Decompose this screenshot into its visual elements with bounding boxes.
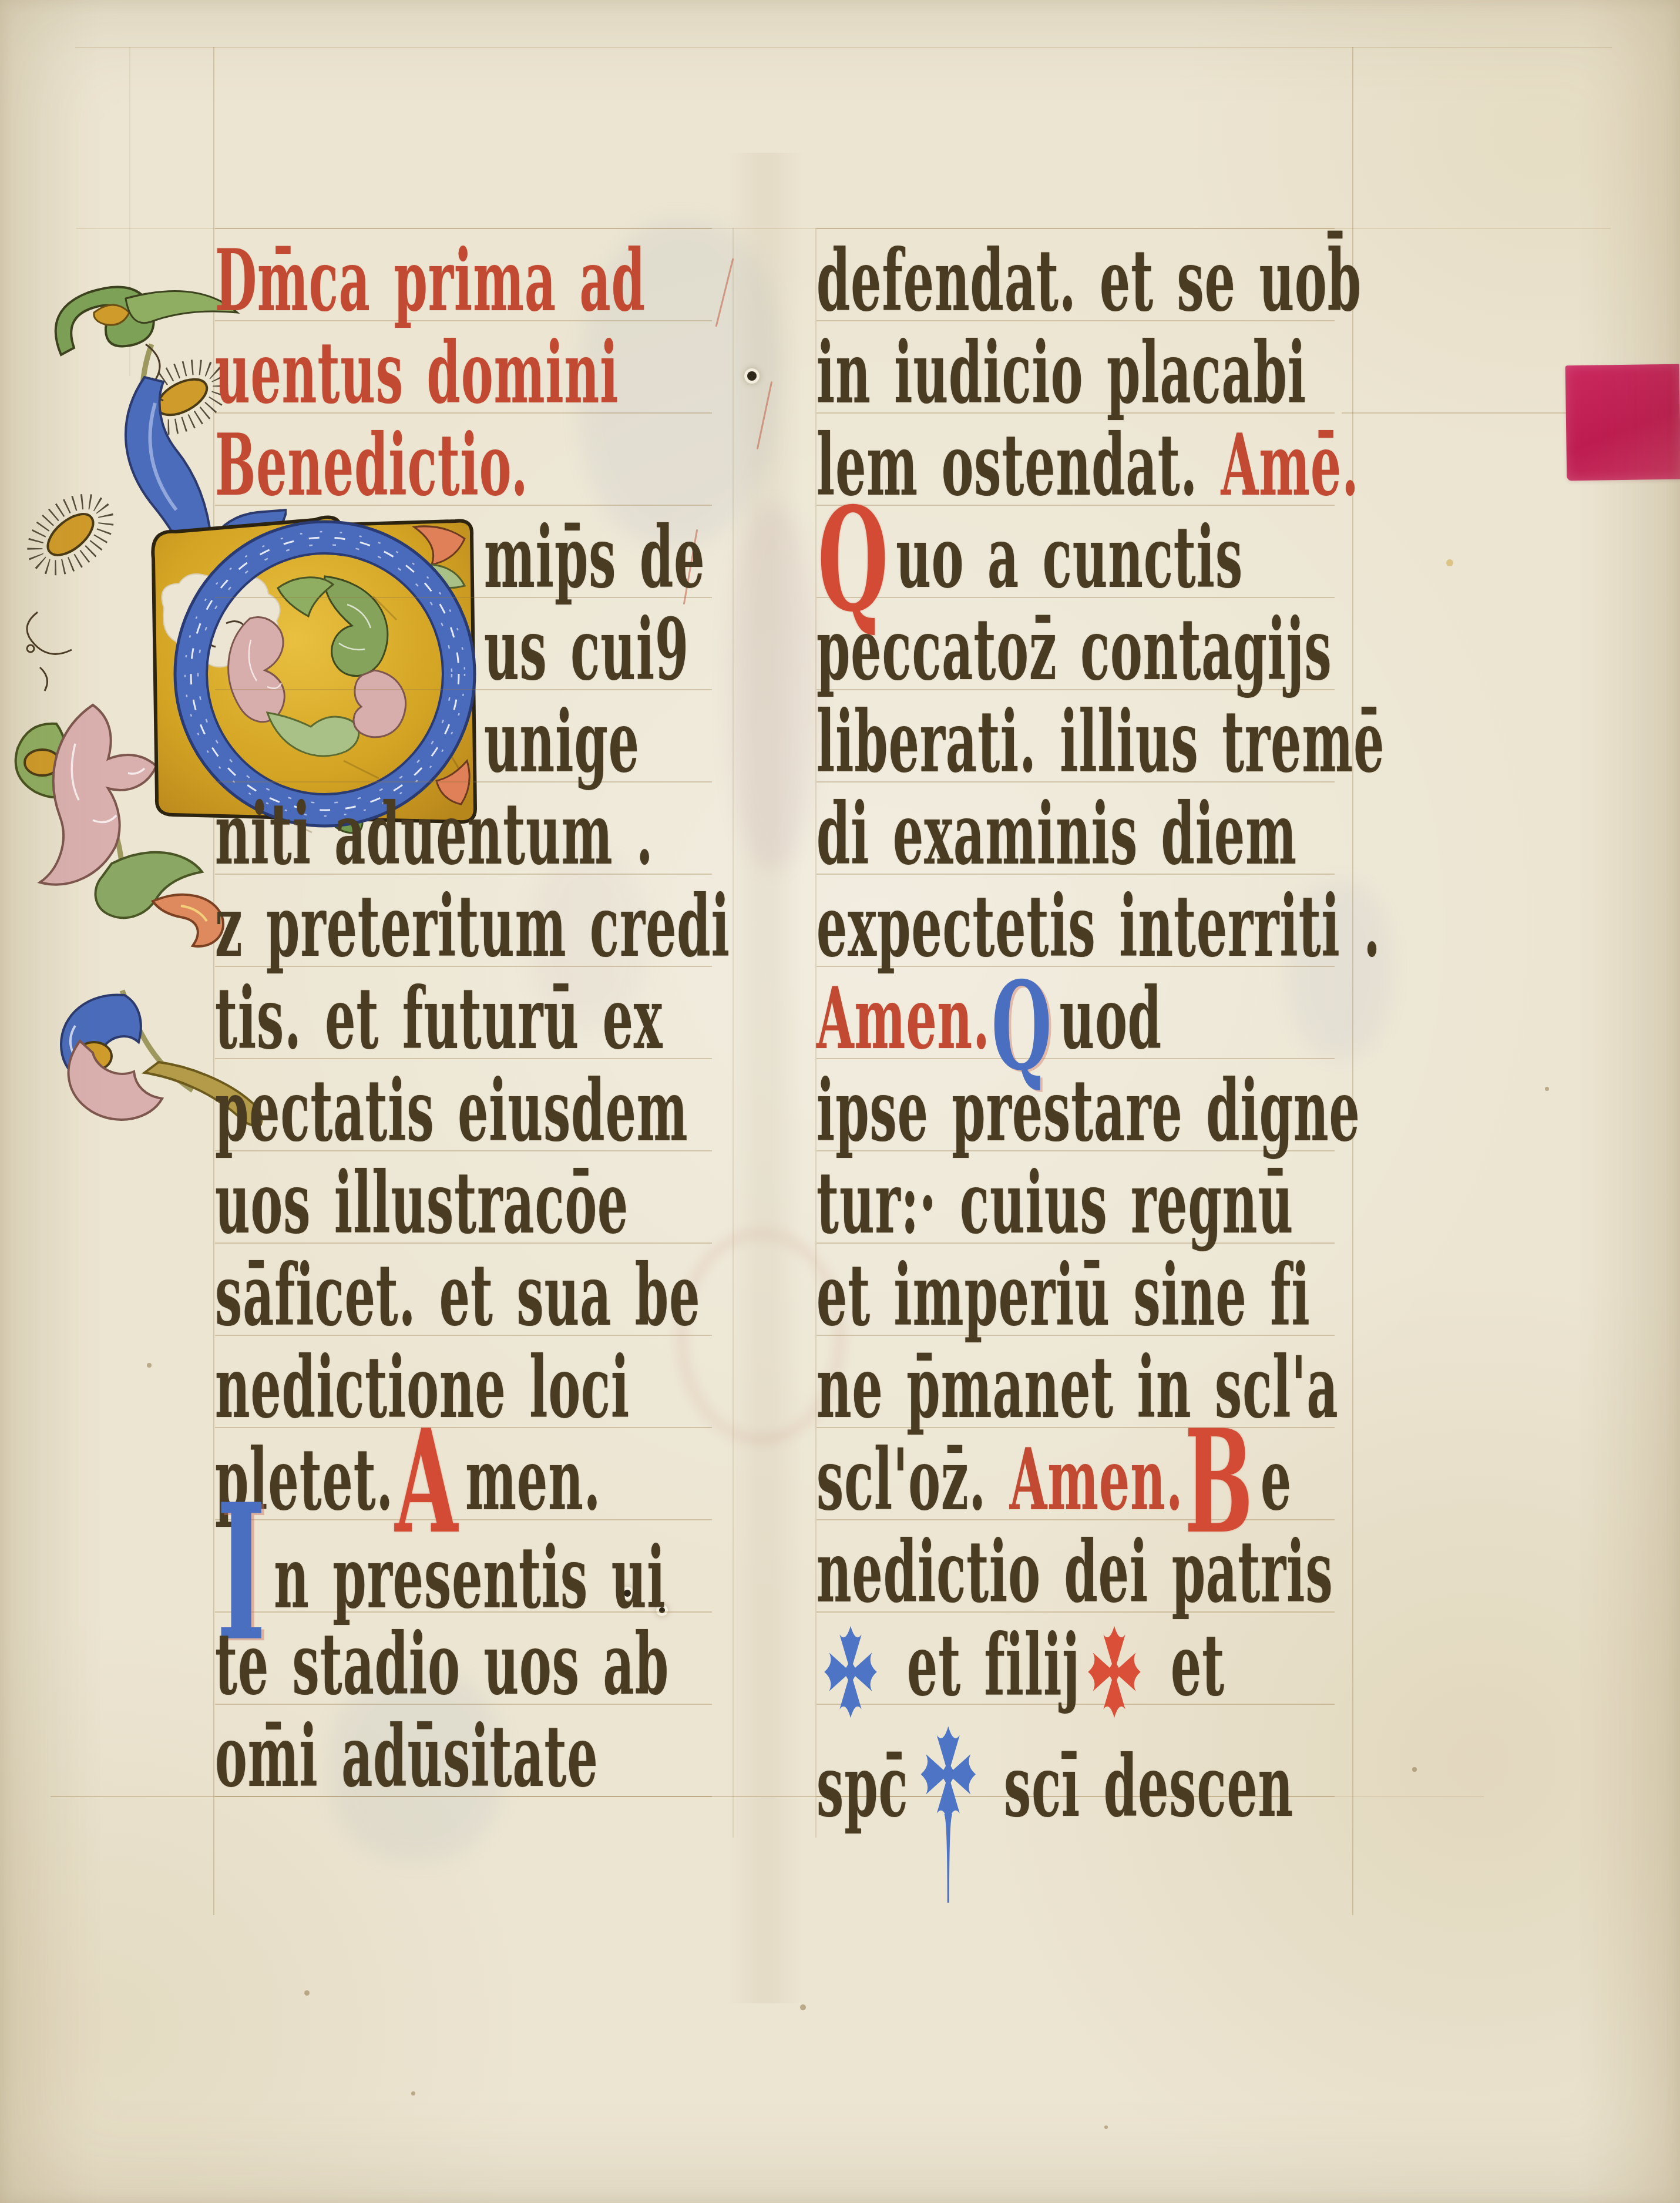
body-text: et imperiū sine fi xyxy=(817,1247,1311,1345)
speck xyxy=(1412,1767,1417,1772)
text-line: z preteritum credi xyxy=(215,881,730,973)
text-line: ne p̄manet in scl'a xyxy=(817,1342,1339,1435)
rubric-text: uentus domini xyxy=(215,324,619,423)
body-text: nedictio dei patris xyxy=(817,1523,1333,1622)
gold-bud xyxy=(22,488,119,580)
consecration-cross-blue-tail-icon xyxy=(916,1711,980,1906)
text-line: tis. et futurū ex xyxy=(215,973,663,1066)
text-line: te stadio uos ab xyxy=(215,1618,669,1711)
text-line: et imperiū sine fi xyxy=(817,1250,1311,1342)
body-text: tur:· cuius regnū xyxy=(817,1154,1293,1253)
body-text: niti aduentum . xyxy=(215,785,654,884)
body-text: pectatis eiusdem xyxy=(215,1062,688,1161)
body-text: uos illustracōe xyxy=(215,1154,629,1253)
text-line: nedictio dei patris xyxy=(817,1526,1333,1619)
text-line: sāficet. et sua be xyxy=(215,1250,700,1342)
rubric-text: Amē. xyxy=(1198,417,1359,515)
parchment-hole xyxy=(747,371,757,381)
body-text: spc̄ xyxy=(817,1738,908,1836)
speck xyxy=(1545,1087,1549,1091)
body-text: men. xyxy=(465,1431,601,1530)
body-text: defendat. et se uob̄ xyxy=(817,232,1362,331)
speck xyxy=(1446,559,1453,566)
body-text: in iudicio placabi xyxy=(817,324,1306,423)
manuscript-page: O Dm̄ca prima aduentus dominiBenedictio.… xyxy=(0,0,1680,2203)
speck xyxy=(1104,2125,1108,2129)
text-line: defendat. et se uob̄ xyxy=(817,235,1362,328)
text-line: unige xyxy=(215,696,640,789)
text-line: peccatoz̄ contagijs xyxy=(817,604,1332,697)
body-text: e xyxy=(1261,1431,1292,1530)
body-text: mip̄s de xyxy=(484,509,705,607)
text-line: in iudicio placabi xyxy=(817,327,1306,420)
text-line: ipse prestare digne xyxy=(817,1065,1360,1158)
consecration-cross-blue-icon xyxy=(820,1618,881,1725)
ruling-line xyxy=(215,228,712,229)
body-text: et xyxy=(1171,1617,1225,1715)
column-left: Dm̄ca prima aduentus dominiBenedictio.mi… xyxy=(215,0,718,1939)
body-text: unige xyxy=(484,693,640,792)
text-line: Amen.Quod xyxy=(817,973,1162,1073)
speck xyxy=(147,1363,152,1368)
text-line: mip̄s de xyxy=(215,512,705,605)
body-text: n presentis ui xyxy=(274,1529,666,1628)
ruling-line xyxy=(817,228,1335,229)
consecration-cross-red-icon xyxy=(1084,1618,1145,1725)
column-right: defendat. et se uob̄in iudicio placabile… xyxy=(817,0,1340,1939)
body-text: expectetis interriti . xyxy=(817,878,1381,976)
body-text: liberati. illius tremē xyxy=(817,693,1385,792)
text-line: us cui9 xyxy=(215,604,689,697)
text-line: In presentis ui xyxy=(215,1526,666,1625)
body-text: peccatoz̄ contagijs xyxy=(817,601,1332,700)
rubric-text: Benedictio. xyxy=(215,417,529,515)
text-line: et filij et xyxy=(817,1618,1225,1725)
rubric-text: Dm̄ca prima ad xyxy=(215,232,646,331)
text-line: uentus domini xyxy=(215,327,619,420)
text-line: uos illustracōe xyxy=(215,1157,629,1250)
body-text: us cui9 xyxy=(484,601,689,700)
text-line: di examinis diem xyxy=(817,788,1297,881)
text-line: om̄i adūsitate xyxy=(215,1711,599,1804)
body-text: z preteritum credi xyxy=(215,878,730,976)
speck xyxy=(800,2004,806,2010)
body-text: ipse prestare digne xyxy=(817,1062,1360,1161)
body-text: te stadio uos ab xyxy=(215,1616,669,1714)
text-line: expectetis interriti . xyxy=(817,881,1381,973)
body-text: scl'oz̄. xyxy=(817,1431,986,1530)
body-text: uod xyxy=(1060,970,1162,1069)
body-text: tis. et futurū ex xyxy=(215,970,663,1069)
text-line: tur:· cuius regnū xyxy=(817,1157,1293,1250)
body-text: di examinis diem xyxy=(817,785,1297,884)
text-line: pletet.Amen. xyxy=(215,1434,601,1529)
body-text: scī descen xyxy=(1004,1738,1293,1836)
rubric-text: Amen. xyxy=(817,970,990,1069)
text-line: liberati. illius tremē xyxy=(817,696,1385,789)
rubric-text: Amen. xyxy=(986,1431,1183,1530)
text-line: spc̄ scī descen xyxy=(817,1711,1293,1906)
speck xyxy=(411,2091,415,2095)
bookmark-tab[interactable] xyxy=(1565,364,1680,481)
body-text: sāficet. et sua be xyxy=(215,1247,700,1345)
text-line: lem ostendat. Amē. xyxy=(817,419,1359,512)
text-line: scl'oz̄. Amen.Be xyxy=(817,1434,1292,1529)
body-text: uo a cunctis xyxy=(896,509,1243,607)
text-line: Quo a cunctis xyxy=(817,512,1243,606)
text-line: Benedictio. xyxy=(215,419,529,512)
body-text: et filij xyxy=(907,1617,1080,1715)
speck xyxy=(304,1990,310,1996)
text-line: pectatis eiusdem xyxy=(215,1065,688,1158)
body-text: om̄i adūsitate xyxy=(215,1708,599,1806)
body-text: ne p̄manet in scl'a xyxy=(817,1339,1339,1438)
text-line: Dm̄ca prima ad xyxy=(215,235,646,328)
text-line: niti aduentum . xyxy=(215,788,654,881)
bleedthrough-ghost xyxy=(728,505,817,869)
